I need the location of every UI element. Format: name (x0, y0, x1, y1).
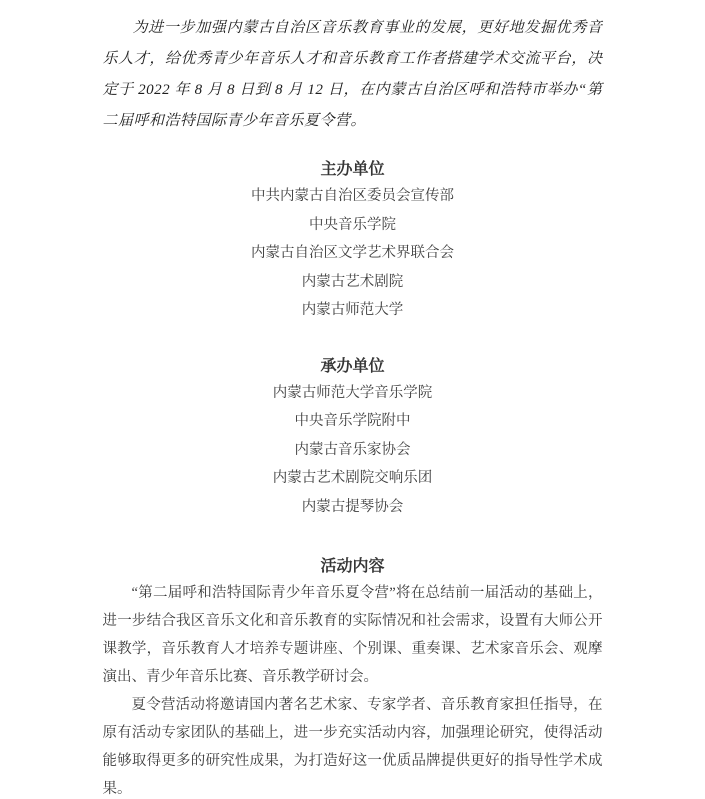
section-hosts: 主办单位 中共内蒙古自治区委员会宣传部 中央音乐学院 内蒙古自治区文学艺术界联合… (103, 158, 603, 325)
organizer-item: 内蒙古音乐家协会 (103, 436, 603, 465)
section-heading-activity-content: 活动内容 (103, 555, 603, 579)
section-organizers: 承办单位 内蒙古师范大学音乐学院 中央音乐学院附中 内蒙古音乐家协会 内蒙古艺术… (103, 355, 603, 522)
organizer-item: 内蒙古师范大学音乐学院 (103, 379, 603, 408)
host-item: 内蒙古自治区文学艺术界联合会 (103, 239, 603, 268)
section-activity-content: 活动内容 “第二届呼和浩特国际青少年音乐夏令营”将在总结前一届活动的基础上，进一… (103, 555, 603, 799)
organizer-item: 中央音乐学院附中 (103, 407, 603, 436)
section-heading-hosts: 主办单位 (103, 158, 603, 182)
host-item: 内蒙古师范大学 (103, 296, 603, 325)
organizer-item: 内蒙古艺术剧院交响乐团 (103, 464, 603, 493)
hosts-list: 中共内蒙古自治区委员会宣传部 中央音乐学院 内蒙古自治区文学艺术界联合会 内蒙古… (103, 182, 603, 325)
host-item: 中共内蒙古自治区委员会宣传部 (103, 182, 603, 211)
host-item: 内蒙古艺术剧院 (103, 268, 603, 297)
host-item: 中央音乐学院 (103, 211, 603, 240)
section-heading-organizers: 承办单位 (103, 355, 603, 379)
activity-paragraph-1: “第二届呼和浩特国际青少年音乐夏令营”将在总结前一届活动的基础上，进一步结合我区… (103, 579, 603, 691)
activity-paragraph-2: 夏令营活动将邀请国内著名艺术家、专家学者、音乐教育家担任指导，在原有活动专家团队… (103, 691, 603, 799)
organizer-item: 内蒙古提琴协会 (103, 493, 603, 522)
organizers-list: 内蒙古师范大学音乐学院 中央音乐学院附中 内蒙古音乐家协会 内蒙古艺术剧院交响乐… (103, 379, 603, 522)
intro-paragraph: 为进一步加强内蒙古自治区音乐教育事业的发展，更好地发掘优秀音乐人才，给优秀青少年… (103, 13, 603, 137)
document-page: 为进一步加强内蒙古自治区音乐教育事业的发展，更好地发掘优秀音乐人才，给优秀青少年… (103, 0, 603, 799)
